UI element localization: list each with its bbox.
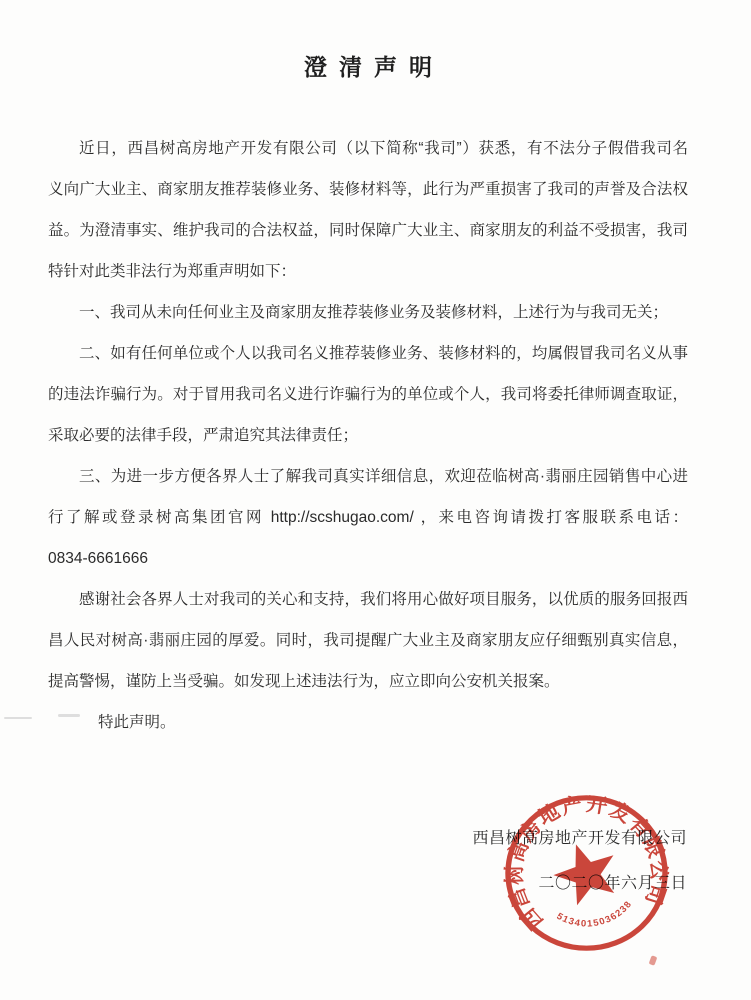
text-line: 感谢社会各界人士对我司的关心和支持，我们将用心做好项目服务，以优质的服务回报西: [48, 579, 688, 620]
text-line: 行了解或登录树高集团官网 http://scshugao.com/ ，来电咨询请…: [48, 497, 688, 538]
signature-company: 西昌树高房地产开发有限公司: [48, 816, 687, 861]
document-page: 澄清声明 近日，西昌树高房地产开发有限公司（以下简称“我司”）获悉，有不法分子假…: [0, 0, 751, 1000]
text-line: 一、我司从未向任何业主及商家朋友推荐装修业务及装修材料，上述行为与我司无关；: [48, 292, 688, 333]
scan-artifact: [58, 714, 80, 717]
signature-date: 二〇二〇年六月三日: [48, 861, 687, 906]
document-content: 澄清声明 近日，西昌树高房地产开发有限公司（以下简称“我司”）获悉，有不法分子假…: [0, 0, 751, 906]
text-line: 二、如有任何单位或个人以我司名义推荐装修业务、装修材料的，均属假冒我司名义从事: [48, 333, 688, 374]
text-line: 0834-6661666: [48, 538, 688, 579]
text-line: 昌人民对树高·翡丽庄园的厚爱。同时，我司提醒广大业主及商家朋友应仔细甄别真实信息…: [48, 620, 688, 661]
text-line: 特此声明。: [48, 702, 688, 743]
scan-artifact: [4, 717, 32, 719]
text-line: 益。为澄清事实、维护我司的合法权益，同时保障广大业主、商家朋友的利益不受损害，我…: [48, 210, 688, 251]
document-body: 近日，西昌树高房地产开发有限公司（以下简称“我司”）获悉，有不法分子假借我司名 …: [48, 128, 688, 743]
text-line: 义向广大业主、商家朋友推荐装修业务、装修材料等，此行为严重损害了我司的声誉及合法…: [48, 169, 688, 210]
signature-block: 西昌树高房地产开发有限公司 二〇二〇年六月三日: [48, 816, 688, 906]
text-line: 提高警惕，谨防上当受骗。如发现上述违法行为，应立即向公安机关报案。: [48, 661, 688, 702]
text-line: 近日，西昌树高房地产开发有限公司（以下简称“我司”）获悉，有不法分子假借我司名: [48, 128, 688, 169]
text-line: 的违法诈骗行为。对于冒用我司名义进行诈骗行为的单位或个人，我司将委托律师调查取证…: [48, 374, 688, 415]
document-title: 澄清声明: [48, 52, 688, 82]
text-line: 特针对此类非法行为郑重声明如下：: [48, 251, 688, 292]
text-line: 采取必要的法律手段，严肃追究其法律责任；: [48, 415, 688, 456]
text-line: 三、为进一步方便各界人士了解我司真实详细信息，欢迎莅临树高·翡丽庄园销售中心进: [48, 456, 688, 497]
scan-artifact: [649, 955, 658, 966]
